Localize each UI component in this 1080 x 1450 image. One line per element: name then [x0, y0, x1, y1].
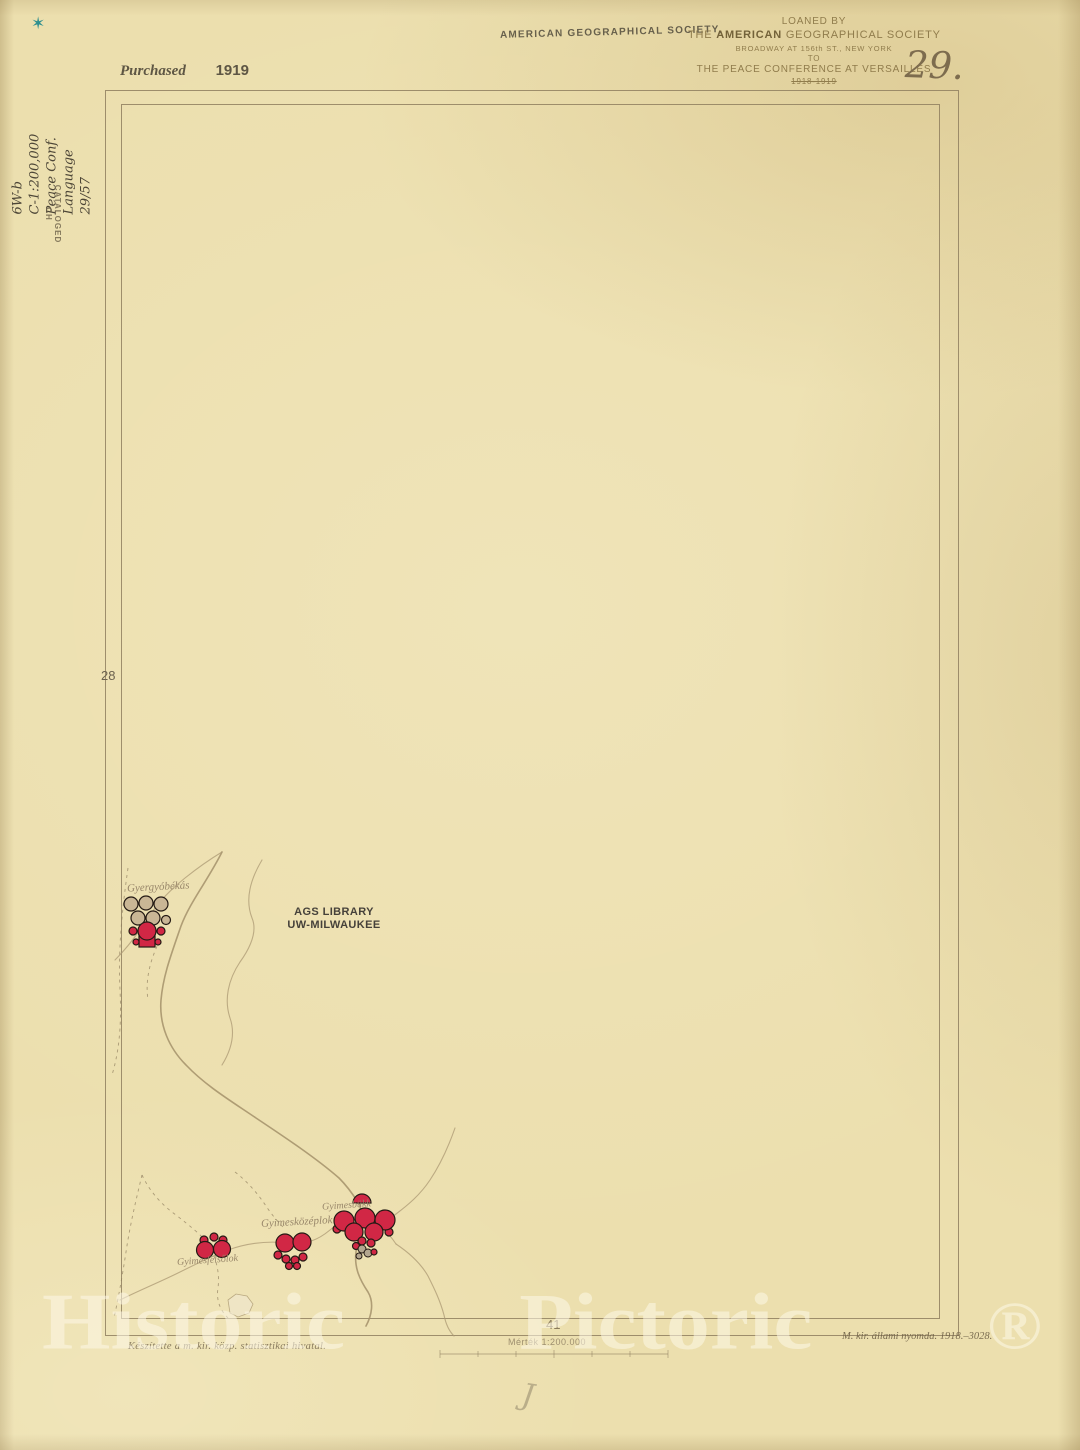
cataloged-stamp: CATALOGED CH [44, 169, 62, 259]
loan-line-2: THE AMERICAN GEOGRAPHICAL SOCIETY [688, 29, 940, 41]
library-stamp-line-1: AGS LIBRARY [286, 906, 382, 919]
margin-note-line: C-1:200,000 [27, 47, 44, 215]
loan-line-1: LOANED BY [688, 16, 940, 27]
credit-printer: M. kir. állami nyomda. 1918.–3028. [842, 1331, 992, 1342]
map-artwork [0, 0, 1080, 1450]
purchased-stamp: Purchased 1919 [120, 62, 249, 80]
loan-line-4: TO [688, 54, 940, 63]
purchased-year: 1919 [216, 62, 249, 79]
cataloged-line-2: CH [44, 169, 53, 259]
neighbor-sheet-number: 28 [101, 668, 115, 683]
cataloged-line-1: CATALOGED [53, 169, 62, 259]
margin-note-line: Language [61, 47, 78, 215]
scale-text: Mérték 1:200.000 [508, 1337, 586, 1347]
loan-line-2-bold: AMERICAN [716, 29, 782, 41]
handwritten-sheet-number: 29. [904, 43, 964, 88]
loan-line-6: 1918-1919 [688, 77, 940, 86]
library-stamp-line-2: UW-MILWAUKEE [286, 919, 382, 932]
scanned-map-sheet: AMERICAN GEOGRAPHICAL SOCIETY, Purchased… [0, 0, 1080, 1450]
settlement-symbols-gyergyobekas [124, 896, 171, 947]
loan-line-2-post: GEOGRAPHICAL SOCIETY [786, 29, 941, 41]
margin-note-line: 29/57 [78, 47, 95, 215]
settlement-symbols-gyimeskozeplok [274, 1233, 311, 1270]
purchased-word: Purchased [120, 63, 186, 79]
ags-library-stamp: AGS LIBRARY UW-MILWAUKEE [286, 906, 382, 932]
star-icon: ✶ [31, 14, 45, 34]
loan-line-3: BROADWAY AT 156th ST., NEW YORK [688, 44, 940, 53]
loan-line-5: THE PEACE CONFERENCE AT VERSAILLES [688, 64, 940, 75]
loan-stamp: LOANED BY THE AMERICAN GEOGRAPHICAL SOCI… [688, 16, 940, 86]
loan-line-2-pre: THE [688, 29, 712, 41]
credit-statistical-office: Készítette a m. kir. közp. statisztikai … [128, 1341, 326, 1352]
bottom-sheet-number: 41 [546, 1317, 560, 1332]
margin-note-line: 6W-b [10, 47, 27, 215]
scale-bar [440, 1350, 668, 1358]
village-outline [228, 1294, 253, 1317]
map-frame [106, 91, 959, 1336]
